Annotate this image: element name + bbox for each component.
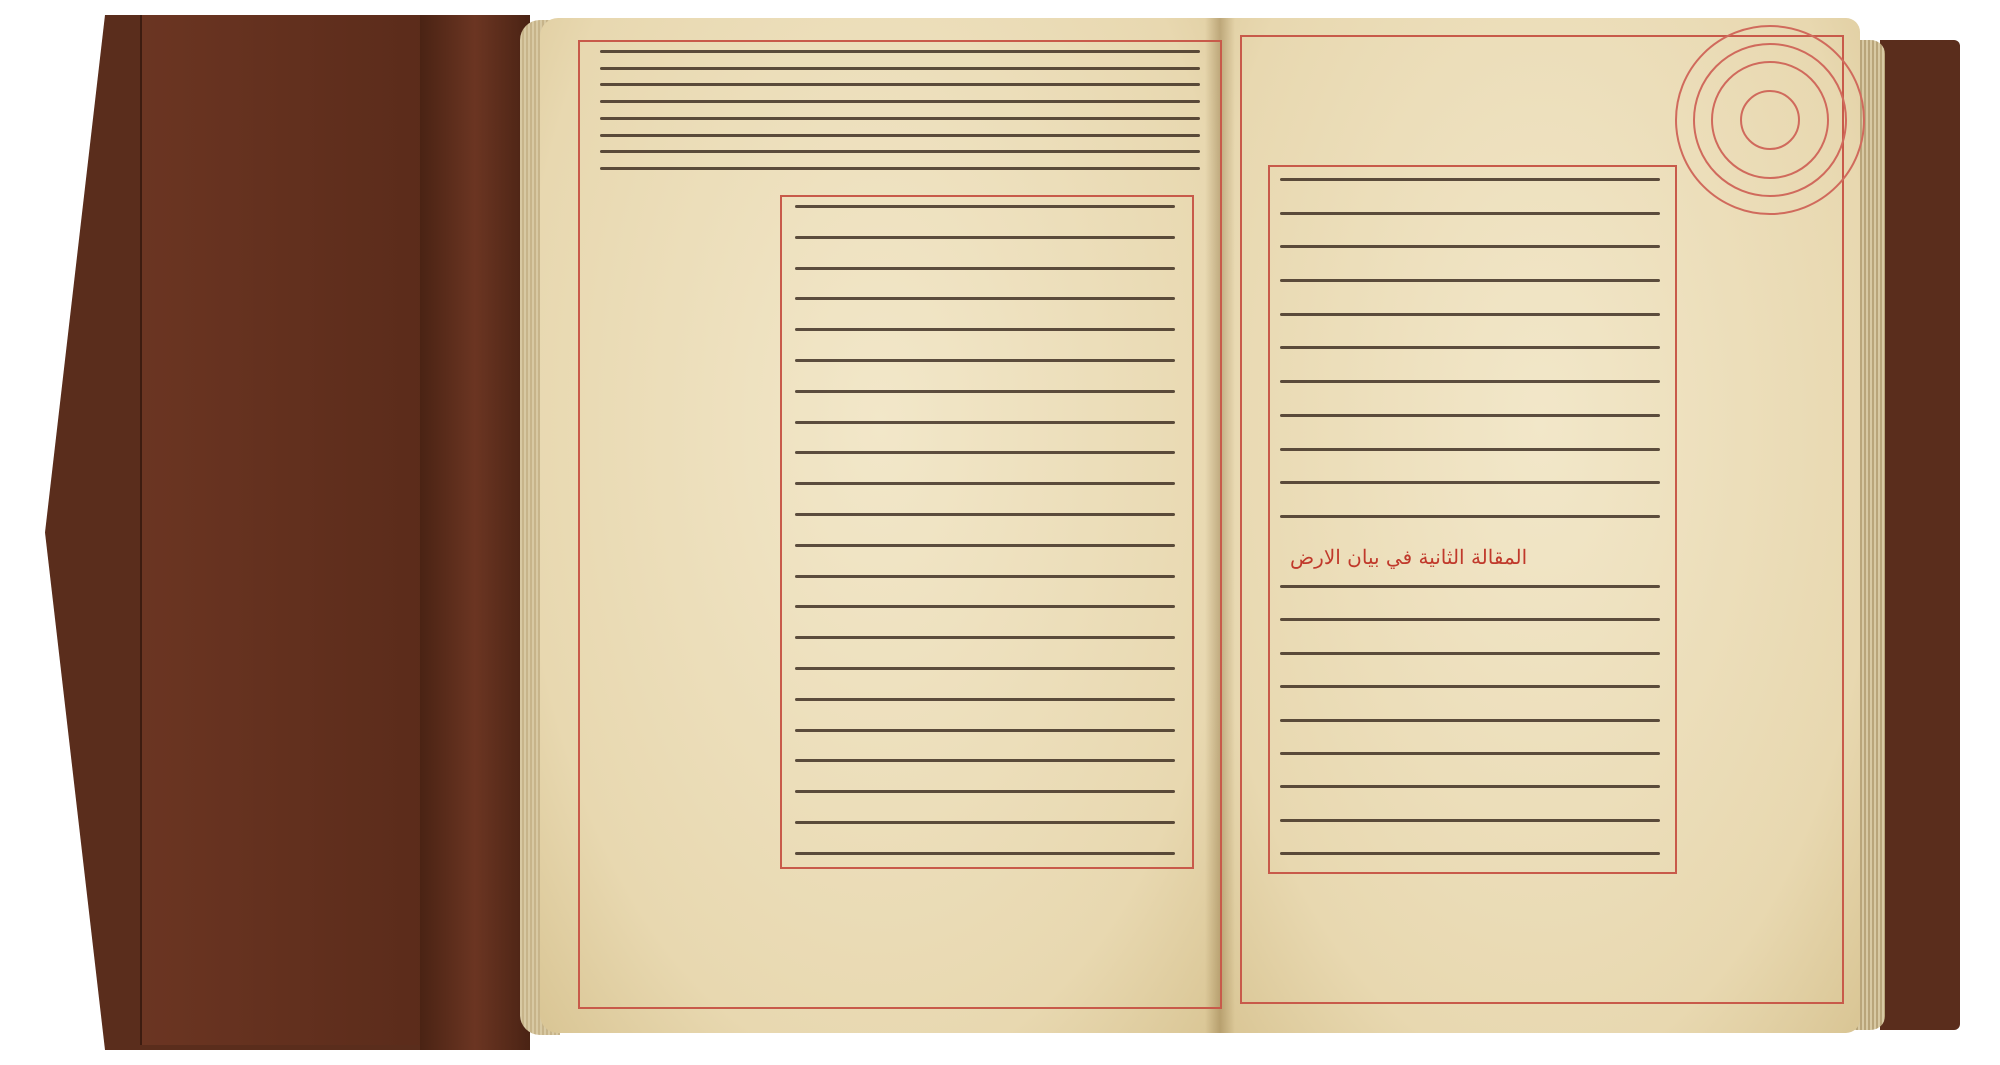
cosmological-diagram (1675, 25, 1865, 215)
left-top-margin-notes (600, 50, 1200, 170)
right-text-block-bottom (1280, 585, 1660, 855)
back-cover (1880, 40, 1960, 1030)
chapter-heading: المقالة الثانية في بيان الارض (1290, 545, 1527, 569)
right-text-block-top (1280, 178, 1660, 518)
front-cover-inner (140, 15, 442, 1045)
left-text-block (795, 205, 1175, 855)
spine (420, 15, 530, 1050)
